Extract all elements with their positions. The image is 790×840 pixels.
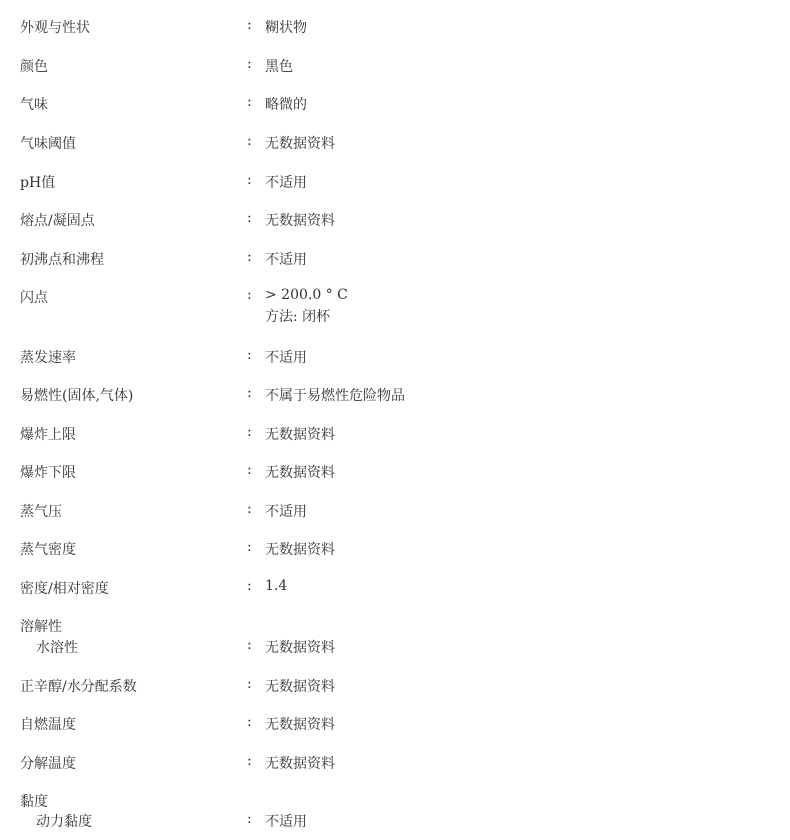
property-label: 外观与性状	[20, 17, 90, 37]
property-value: 无数据资料	[265, 539, 335, 559]
separator: :	[247, 249, 252, 265]
property-value: 无数据资料	[265, 133, 335, 153]
separator: :	[247, 347, 252, 363]
separator: :	[247, 753, 252, 769]
property-label: 溶解性	[20, 616, 62, 636]
property-sublabel: 水溶性	[36, 637, 78, 657]
property-value: 黑色	[265, 56, 293, 76]
property-value: 无数据资料	[265, 753, 335, 773]
property-sublabel: 动力黏度	[36, 811, 92, 831]
property-label: 蒸发速率	[20, 347, 76, 367]
separator: :	[247, 501, 252, 517]
property-label: 熔点/凝固点	[20, 210, 95, 230]
separator: :	[247, 539, 252, 555]
property-label: 正辛醇/水分配系数	[20, 676, 137, 696]
property-value: 不适用	[265, 347, 307, 367]
separator: :	[247, 424, 252, 440]
property-value: 不适用	[265, 172, 307, 192]
property-label: pH值	[20, 172, 55, 192]
separator: :	[247, 714, 252, 730]
separator: :	[247, 133, 252, 149]
property-label: 初沸点和沸程	[20, 249, 104, 269]
property-label: 颜色	[20, 56, 48, 76]
property-label: 自燃温度	[20, 714, 76, 734]
property-label: 易燃性(固体,气体)	[20, 385, 133, 405]
property-value: 不适用	[265, 249, 307, 269]
separator: :	[247, 811, 252, 827]
separator: :	[247, 578, 252, 594]
separator: :	[247, 94, 252, 110]
property-value: 无数据资料	[265, 676, 335, 696]
property-value: 不适用	[265, 811, 307, 831]
property-value: 不适用	[265, 501, 307, 521]
property-label: 蒸气密度	[20, 539, 76, 559]
separator: :	[247, 287, 252, 303]
property-label: 蒸气压	[20, 501, 62, 521]
property-label: 闪点	[20, 287, 48, 307]
property-value: > 200.0 ° C	[265, 287, 348, 303]
property-label: 密度/相对密度	[20, 578, 109, 598]
property-label: 黏度	[20, 791, 48, 811]
separator: :	[247, 210, 252, 226]
separator: :	[247, 56, 252, 72]
property-label: 气味	[20, 94, 48, 114]
property-label: 爆炸下限	[20, 462, 76, 482]
property-value: 无数据资料	[265, 714, 335, 734]
property-method: 方法: 闭杯	[265, 306, 330, 326]
property-value: 无数据资料	[265, 462, 335, 482]
physical-properties-document: 外观与性状 : 糊状物 颜色 : 黑色 气味 : 略微的 气味阈值 : 无数据资…	[0, 0, 790, 840]
property-value: 不属于易燃性危险物品	[265, 385, 405, 405]
separator: :	[247, 676, 252, 692]
separator: :	[247, 172, 252, 188]
separator: :	[247, 637, 252, 653]
property-label: 分解温度	[20, 753, 76, 773]
property-value: 1.4	[265, 578, 287, 594]
separator: :	[247, 462, 252, 478]
property-label: 气味阈值	[20, 133, 76, 153]
property-value: 无数据资料	[265, 637, 335, 657]
property-label: 爆炸上限	[20, 424, 76, 444]
separator: :	[247, 17, 252, 33]
separator: :	[247, 385, 252, 401]
property-value: 糊状物	[265, 17, 307, 37]
property-value: 略微的	[265, 94, 307, 114]
property-value: 无数据资料	[265, 424, 335, 444]
property-value: 无数据资料	[265, 210, 335, 230]
